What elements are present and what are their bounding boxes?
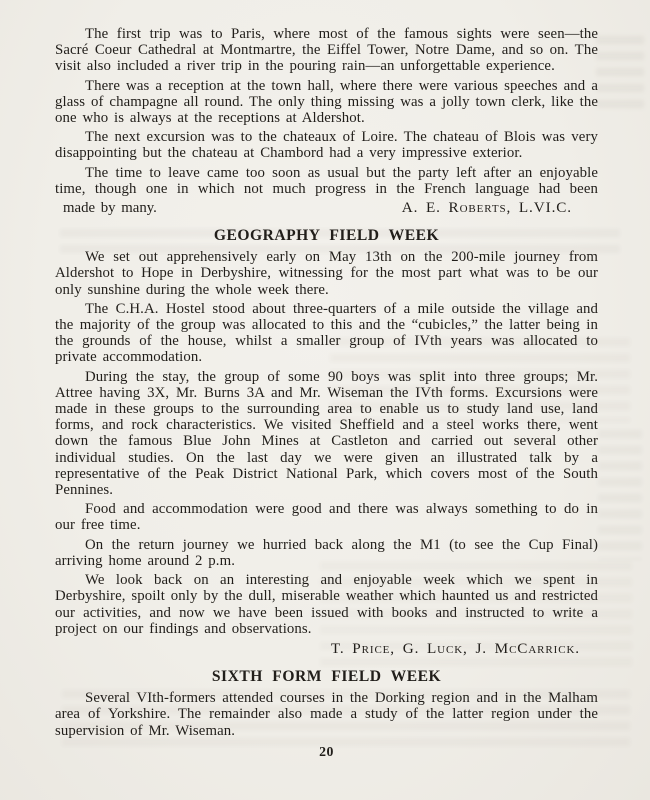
paragraph-time-to-leave: The time to leave came too soon as usual… (55, 165, 598, 197)
paragraph-paris-sights: The first trip was to Paris, where most … (55, 26, 598, 75)
paragraph-journey-to-hope: We set out apprehensively early on May 1… (55, 249, 598, 298)
author-signature-roberts: A. E. Roberts, L.VI.C. (402, 200, 598, 216)
page-number: 20 (55, 744, 598, 760)
byline-row: T. Price, G. Luck, J. McCarrick. (55, 641, 598, 657)
paragraph-town-hall-reception: There was a reception at the town hall, … (55, 78, 598, 127)
sixth-form-field-week-section: SIXTH FORM FIELD WEEK Several VIth-forme… (55, 668, 598, 739)
paragraph-food-accommodation: Food and accommodation were good and the… (55, 501, 598, 533)
scanned-page: The first trip was to Paris, where most … (0, 0, 650, 800)
paragraph-sixth-formers: Several VIth-formers attended courses in… (55, 690, 598, 739)
trip-report-section: The first trip was to Paris, where most … (55, 26, 598, 216)
paragraph-three-groups: During the stay, the group of some 90 bo… (55, 369, 598, 499)
author-signature-price-luck-mccarrick: T. Price, G. Luck, J. McCarrick. (331, 641, 598, 657)
geography-field-week-section: GEOGRAPHY FIELD WEEK We set out apprehen… (55, 227, 598, 657)
page-content: The first trip was to Paris, where most … (0, 0, 650, 760)
byline-row: made by many. A. E. Roberts, L.VI.C. (55, 200, 598, 216)
paragraph-look-back: We look back on an interesting and enjoy… (55, 572, 598, 637)
paragraph-return-journey: On the return journey we hurried back al… (55, 537, 598, 569)
section-heading-sixth-form: SIXTH FORM FIELD WEEK (55, 668, 598, 686)
section-heading-geography: GEOGRAPHY FIELD WEEK (55, 227, 598, 245)
paragraph-loire-chateaux: The next excursion was to the chateaux o… (55, 129, 598, 161)
paragraph-cha-hostel: The C.H.A. Hostel stood about three-quar… (55, 301, 598, 366)
paragraph-tail: made by many. (55, 200, 157, 216)
